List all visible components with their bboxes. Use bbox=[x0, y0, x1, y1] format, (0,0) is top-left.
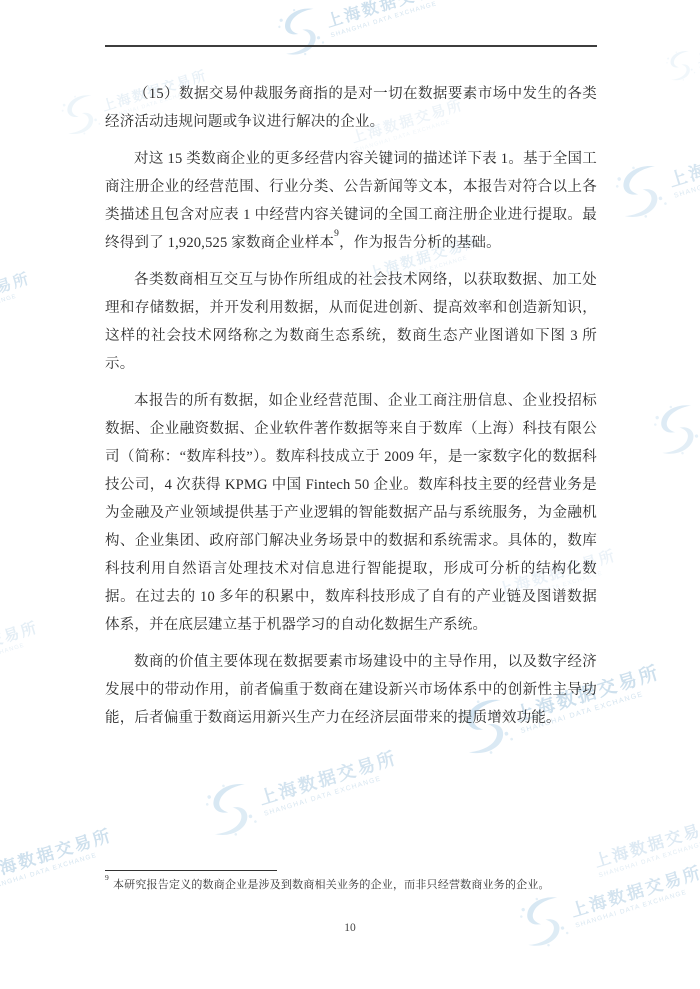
watermark: 上海数据交易所SHANGHAI DATA EXCHANGE bbox=[272, 0, 459, 63]
watermark-en-text: SHANGHAI DATA EXCHANGE bbox=[0, 636, 43, 678]
footnote-rule bbox=[105, 870, 277, 871]
footnote: 9本研究报告定义的数商企业是涉及到数商相关业务的企业，而非只经营数商业务的企业。 bbox=[105, 878, 597, 893]
watermark-cn-text: 上海数据交易所 bbox=[255, 742, 400, 809]
watermark: 上海数据交易所SHANGHAI DATA EXCHANGE bbox=[647, 355, 700, 462]
watermark: 上海数据交易所SHANGHAI DATA EXCHANGE bbox=[0, 605, 45, 701]
footnote-area: 9本研究报告定义的数商企业是涉及到数商相关业务的企业，而非只经营数商业务的企业。 bbox=[105, 870, 597, 893]
paragraph-2: 对这 15 类数商企业的更多经营内容关键词的描述详下表 1。基于全国工商注册企业… bbox=[105, 145, 597, 257]
header-rule bbox=[105, 45, 597, 47]
sdx-logo-icon bbox=[662, 46, 698, 85]
watermark-cn-text: 上海数据交易所 bbox=[665, 124, 700, 191]
sdx-logo-icon bbox=[199, 776, 262, 844]
paragraph-3: 各类数商相互交互与协作所组成的社会技术网络，以获取数据、加工处理和存储数据，并开… bbox=[105, 266, 597, 378]
watermark-en-text: SHANGHAI DATA EXCHANGE bbox=[673, 150, 700, 199]
watermark-cn-text: 上海数据交易所 bbox=[0, 614, 41, 671]
footnote-body-text: 本研究报告定义的数商企业是涉及到数商相关业务的企业，而非只经营数商业务的企业。 bbox=[113, 879, 550, 891]
paragraph-1: （15）数据交易仲裁服务商指的是对一切在数据要素市场中发生的各类经济活动违规问题… bbox=[105, 80, 597, 136]
watermark: 上海数据交易所SHANGHAI DATA EXCHANGE bbox=[0, 810, 120, 917]
watermark-en-text: SHANGHAI DATA EXCHANGE bbox=[330, 0, 456, 39]
paragraph-4: 本报告的所有数据，如企业经营范围、企业工商注册信息、企业投招标数据、企业融资数据… bbox=[105, 387, 597, 639]
watermark-cn-text: 上海数据交易所 bbox=[694, 27, 700, 65]
watermark-en-text: SHANGHAI DATA EXCHANGE bbox=[0, 845, 117, 892]
sdx-logo-icon bbox=[272, 1, 329, 63]
watermark: 上海数据交易所SHANGHAI DATA EXCHANGE bbox=[199, 732, 406, 844]
footnote-marker: 9 bbox=[105, 873, 109, 882]
sdx-logo-icon bbox=[56, 89, 104, 141]
footnote-ref-9: 9 bbox=[334, 229, 339, 239]
paragraph-2-text-after: ，作为报告分析的基础。 bbox=[339, 235, 501, 251]
watermark-cn-text: 上海数据交易所 bbox=[0, 265, 33, 322]
watermark-en-text: SHANGHAI DATA EXCHANGE bbox=[0, 287, 35, 329]
sdx-logo-icon bbox=[647, 397, 700, 462]
watermark-cn-text: 上海数据交易所 bbox=[323, 0, 454, 31]
watermark-en-text: SHANGHAI DATA EXCHANGE bbox=[598, 834, 700, 878]
watermark: 上海数据交易所SHANGHAI DATA EXCHANGE bbox=[662, 21, 700, 85]
page-number: 10 bbox=[0, 922, 700, 934]
paragraph-5: 数商的价值主要体现在数据要素市场建设中的主导作用，以及数字经济发展中的带动作用，… bbox=[105, 648, 597, 732]
watermark: 上海数据交易所SHANGHAI DATA EXCHANGE bbox=[609, 114, 700, 226]
watermark-cn-text: 上海数据交易所 bbox=[591, 811, 700, 872]
document-page: 上海数据交易所SHANGHAI DATA EXCHANGE 上海数据交易所SHA… bbox=[0, 0, 700, 989]
watermark-cn-text: 上海数据交易所 bbox=[0, 821, 115, 885]
sdx-logo-icon bbox=[609, 158, 672, 226]
watermark: 上海数据交易所SHANGHAI DATA EXCHANGE bbox=[513, 847, 700, 954]
watermark: 上海数据交易所SHANGHAI DATA EXCHANGE bbox=[0, 256, 37, 352]
document-body: （15）数据交易仲裁服务商指的是对一切在数据要素市场中发生的各类经济活动违规问题… bbox=[105, 80, 597, 741]
watermark-en-text: SHANGHAI DATA EXCHANGE bbox=[263, 768, 402, 817]
